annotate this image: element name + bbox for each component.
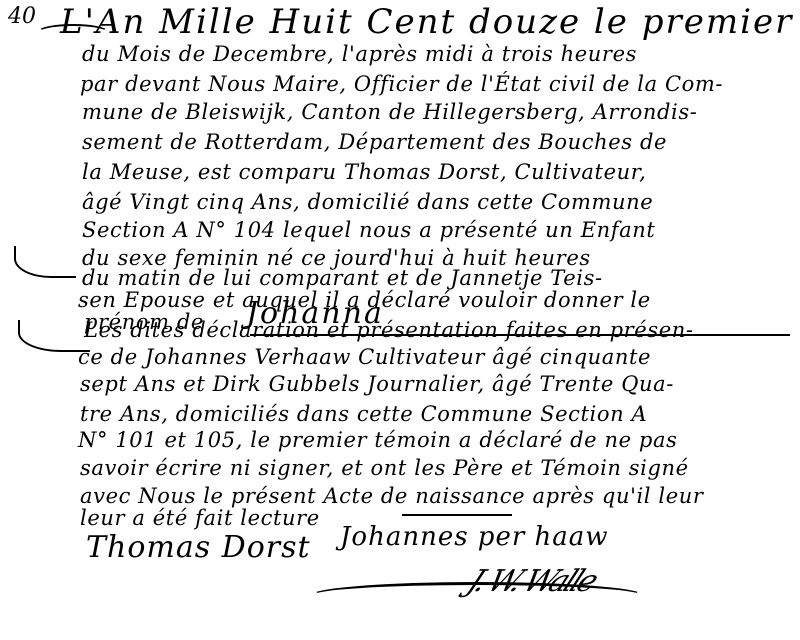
record-line-13: Les dites déclaration et présentation fa… (84, 318, 694, 342)
record-line-16: tre Ans, domiciliés dans cette Commune S… (80, 402, 647, 426)
closing-line (402, 514, 512, 516)
record-line-3: par devant Nous Maire, Officier de l'Éta… (80, 72, 723, 96)
signature-witness: Johannes per haaw (340, 522, 609, 552)
entry-number: 40 (8, 4, 36, 29)
signature-father: Thomas Dorst (86, 530, 311, 565)
record-line-18: savoir écrire ni signer, et ont les Père… (80, 456, 689, 480)
record-line-10: du matin de lui comparant et de Jannetje… (82, 266, 603, 290)
record-line-5: sement de Rotterdam, Département des Bou… (82, 130, 667, 154)
civil-registry-birth-record: 40 L'An Mille Huit Cent douze le premier… (0, 0, 800, 640)
record-line-17: N° 101 et 105, le premier témoin a décla… (78, 428, 677, 452)
record-line-14: ce de Johannes Verhaaw Cultivateur âgé c… (78, 345, 651, 369)
record-line-4: mune de Bleiswijk, Canton de Hillegersbe… (82, 100, 697, 124)
mayor-signature-flourish (310, 582, 644, 609)
record-line-6: la Meuse, est comparu Thomas Dorst, Cult… (82, 160, 646, 184)
record-line-19: avec Nous le présent Acte de naissance a… (80, 484, 704, 508)
record-line-20: leur a été fait lecture (80, 506, 320, 530)
record-line-15: sept Ans et Dirk Gubbels Journalier, âgé… (80, 372, 674, 396)
margin-flourish-1 (14, 246, 76, 278)
record-line-1: L'An Mille Huit Cent douze le premier (60, 2, 793, 42)
record-line-8: Section A N° 104 lequel nous a présenté … (82, 218, 655, 242)
record-line-2: du Mois de Decembre, l'après midi à troi… (82, 42, 637, 66)
record-line-7: âgé Vingt cinq Ans, domicilié dans cette… (82, 190, 653, 214)
